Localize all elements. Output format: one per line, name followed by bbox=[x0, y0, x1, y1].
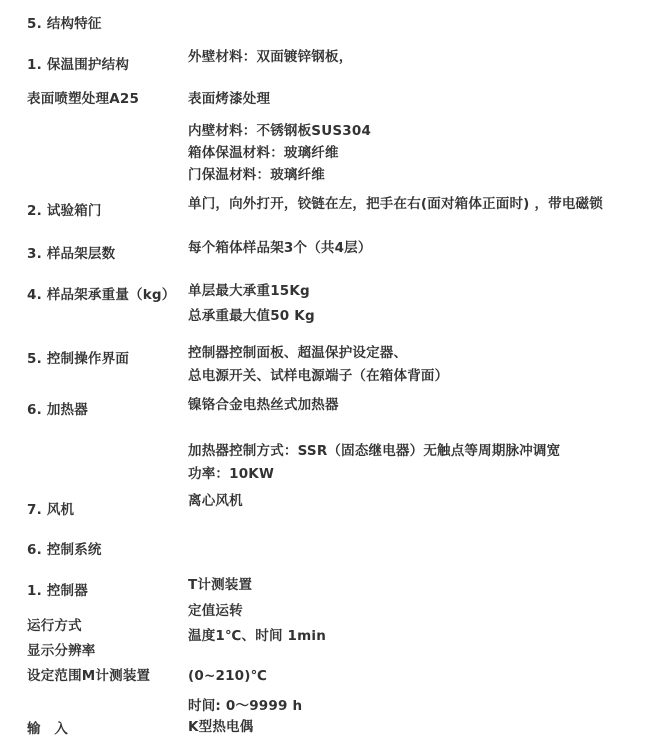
spec-row-value: 加热器控制方式：SSR（固态继电器）无触点等周期脉冲调宽 bbox=[188, 443, 560, 459]
spec-row-label: 表面喷塑处理A25 bbox=[27, 91, 139, 107]
spec-row-value: K型热电偶 bbox=[188, 719, 253, 735]
spec-row-value: 温度1℃、时间 1min bbox=[188, 628, 326, 644]
spec-row-label: 输 入 bbox=[27, 721, 68, 737]
spec-row-value: 总电源开关、试样电源端子（在箱体背面） bbox=[188, 368, 448, 384]
spec-row-label: 1. 保温围护结构 bbox=[27, 57, 129, 73]
spec-row-value: (0~210)℃ bbox=[188, 668, 267, 684]
spec-row-label: 7. 风机 bbox=[27, 502, 74, 518]
spec-row-value: 箱体保温材料：玻璃纤维 bbox=[188, 145, 339, 161]
spec-row-value: 单层最大承重15Kg bbox=[188, 283, 310, 299]
spec-row-value: 总承重最大值50 Kg bbox=[188, 308, 315, 324]
spec-row-label: 5. 控制操作界面 bbox=[27, 351, 129, 367]
spec-row-label: 6. 加热器 bbox=[27, 402, 88, 418]
spec-row-value: 定值运转 bbox=[188, 603, 243, 619]
spec-row-value: 时间: 0～9999 h bbox=[188, 698, 302, 714]
spec-row-label: 3. 样品架层数 bbox=[27, 246, 115, 262]
spec-row-label: 设定范围M计测装置 bbox=[27, 668, 150, 684]
spec-row-label: 运行方式 bbox=[27, 618, 82, 634]
spec-row-label: 1. 控制器 bbox=[27, 583, 88, 599]
spec-row-value: 单门，向外打开，铰链在左，把手在右(面对箱体正面时) ，带电磁锁 bbox=[188, 196, 603, 212]
spec-row-value: 镍铬合金电热丝式加热器 bbox=[188, 397, 339, 413]
section-heading-control-system: 6. 控制系统 bbox=[27, 542, 102, 558]
spec-row-value: T计测装置 bbox=[188, 577, 252, 593]
spec-row-label: 4. 样品架承重量（kg） bbox=[27, 287, 175, 303]
spec-document-page: 5. 结构特征 1. 保温围护结构 外壁材料：双面镀锌钢板， 表面喷塑处理A25… bbox=[0, 0, 647, 742]
spec-row-value: 门保温材料：玻璃纤维 bbox=[188, 167, 325, 183]
spec-row-value: 表面烤漆处理 bbox=[188, 91, 270, 107]
spec-row-value: 内壁材料：不锈钢板SUS304 bbox=[188, 123, 371, 139]
spec-row-value: 每个箱体样品架3个（共4层） bbox=[188, 240, 372, 256]
spec-row-value: 功率：10KW bbox=[188, 466, 274, 482]
section-heading-structure: 5. 结构特征 bbox=[27, 16, 102, 32]
spec-row-value: 外壁材料：双面镀锌钢板， bbox=[188, 49, 352, 65]
spec-row-value: 控制器控制面板、超温保护设定器、 bbox=[188, 345, 407, 361]
spec-row-label: 2. 试验箱门 bbox=[27, 203, 102, 219]
spec-row-label: 显示分辨率 bbox=[27, 643, 96, 659]
spec-row-value: 离心风机 bbox=[188, 493, 243, 509]
